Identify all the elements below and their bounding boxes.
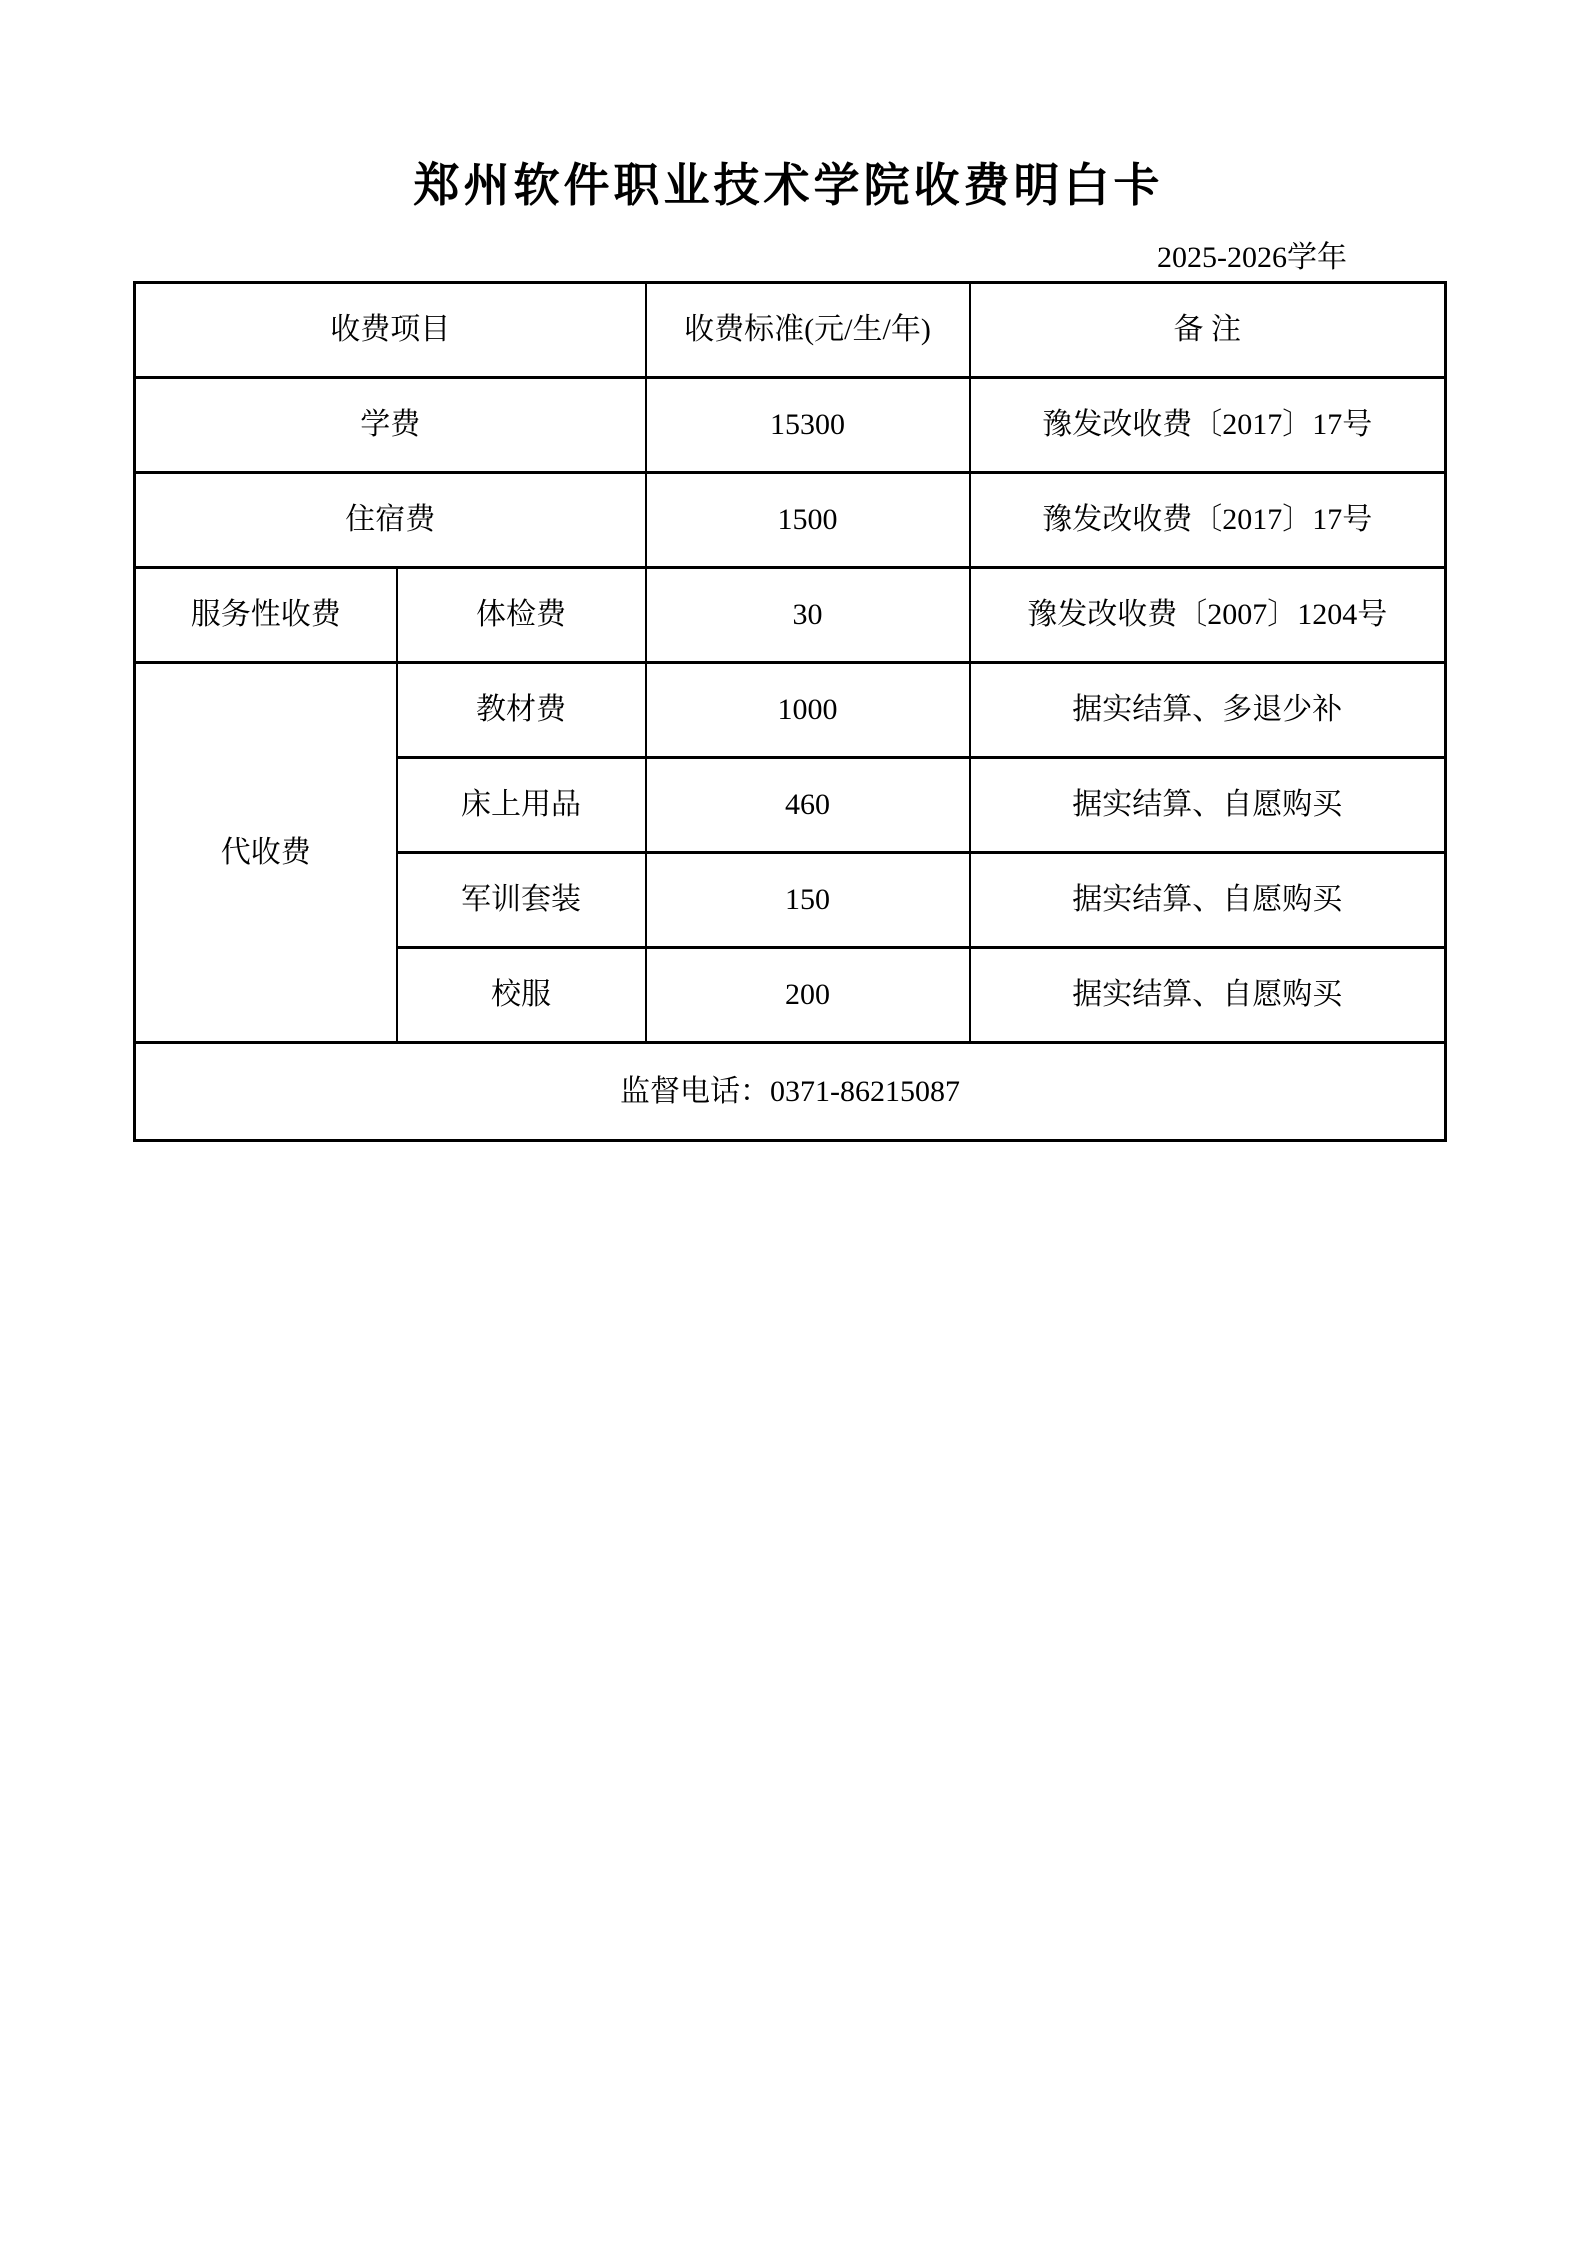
header-remark: 备 注 — [970, 283, 1446, 378]
fee-category-cell: 代收费 — [135, 663, 397, 1043]
fee-standard-cell: 1000 — [646, 663, 970, 758]
table-header-row: 收费项目 收费标准(元/生/年) 备 注 — [135, 283, 1446, 378]
fee-category-cell: 服务性收费 — [135, 568, 397, 663]
table-row-accommodation: 住宿费 1500 豫发改收费〔2017〕17号 — [135, 473, 1446, 568]
table-row-medical-exam: 服务性收费 体检费 30 豫发改收费〔2007〕1204号 — [135, 568, 1446, 663]
fee-item-cell: 床上用品 — [397, 758, 646, 853]
fee-standard-cell: 1500 — [646, 473, 970, 568]
fee-table: 收费项目 收费标准(元/生/年) 备 注 学费 15300 豫发改收费〔2017… — [133, 281, 1447, 1142]
fee-standard-cell: 15300 — [646, 378, 970, 473]
fee-item-cell: 校服 — [397, 948, 646, 1043]
fee-remark-cell: 豫发改收费〔2017〕17号 — [970, 378, 1446, 473]
fee-remark-cell: 据实结算、自愿购买 — [970, 853, 1446, 948]
fee-standard-cell: 460 — [646, 758, 970, 853]
fee-item-cell: 军训套装 — [397, 853, 646, 948]
header-fee-item: 收费项目 — [135, 283, 646, 378]
table-row-textbooks: 代收费 教材费 1000 据实结算、多退少补 — [135, 663, 1446, 758]
fee-item-cell: 体检费 — [397, 568, 646, 663]
fee-remark-cell: 豫发改收费〔2017〕17号 — [970, 473, 1446, 568]
table-row-tuition: 学费 15300 豫发改收费〔2017〕17号 — [135, 378, 1446, 473]
fee-standard-cell: 30 — [646, 568, 970, 663]
fee-item-cell: 教材费 — [397, 663, 646, 758]
fee-remark-cell: 据实结算、自愿购买 — [970, 948, 1446, 1043]
supervision-phone: 监督电话：0371-86215087 — [135, 1043, 1446, 1141]
fee-standard-cell: 150 — [646, 853, 970, 948]
document-page: 郑州软件职业技术学院收费明白卡 2025-2026学年 收费项目 收费标准(元/… — [0, 0, 1586, 2244]
fee-item-cell: 住宿费 — [135, 473, 646, 568]
header-fee-standard: 收费标准(元/生/年) — [646, 283, 970, 378]
table-footer-row: 监督电话：0371-86215087 — [135, 1043, 1446, 1141]
fee-remark-cell: 豫发改收费〔2007〕1204号 — [970, 568, 1446, 663]
page-title: 郑州软件职业技术学院收费明白卡 — [133, 156, 1444, 216]
fee-remark-cell: 据实结算、多退少补 — [970, 663, 1446, 758]
fee-remark-cell: 据实结算、自愿购买 — [970, 758, 1446, 853]
academic-year-label: 2025-2026学年 — [133, 240, 1444, 276]
fee-standard-cell: 200 — [646, 948, 970, 1043]
fee-item-cell: 学费 — [135, 378, 646, 473]
